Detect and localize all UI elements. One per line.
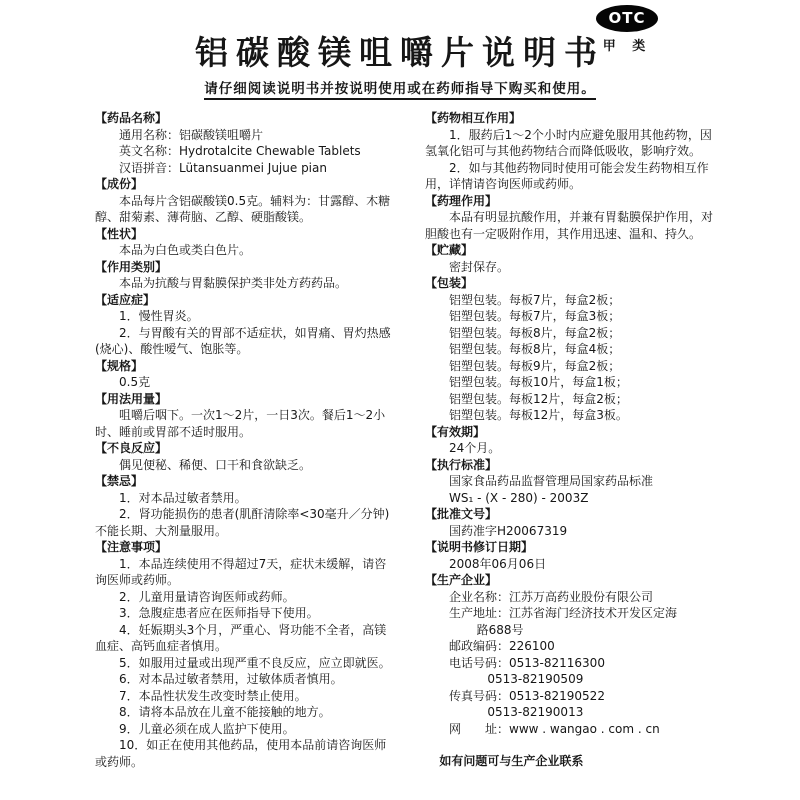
section-title: 【批准文号】 xyxy=(425,506,717,523)
section-paragraph: 10．如正在使用其他药品，使用本品前请咨询医师或药师。 xyxy=(95,737,397,770)
section-paragraph: 铝塑包装。每板10片，每盒1板； xyxy=(425,374,717,391)
section: 【规格】0.5克 xyxy=(95,358,397,391)
section-paragraph: 2．儿童用量请咨询医师或药师。 xyxy=(95,589,397,606)
section-paragraph: 传真号码：0513-82190522 xyxy=(425,688,717,705)
section: 【包装】铝塑包装。每板7片，每盒2板；铝塑包装。每板7片，每盒3板；铝塑包装。每… xyxy=(425,275,717,424)
section-paragraph: 企业名称：江苏万高药业股份有限公司 xyxy=(425,589,717,606)
section-title: 【药物相互作用】 xyxy=(425,110,717,127)
section-paragraph: 生产地址：江苏省海门经济技术开发区定海 xyxy=(425,605,717,622)
section-paragraph: 0513-82190013 xyxy=(487,704,717,721)
section-paragraph: 铝塑包装。每板12片，每盒3板。 xyxy=(425,407,717,424)
section-title: 【用法用量】 xyxy=(95,391,397,408)
section-title: 【禁忌】 xyxy=(95,473,397,490)
section: 【注意事项】1．本品连续使用不得超过7天，症状未缓解，请咨询医师或药师。2．儿童… xyxy=(95,539,397,770)
section-paragraph: 1．服药后1～2个小时内应避免服用其他药物，因氢氧化铝可与其他药物结合而降低吸收… xyxy=(425,127,717,160)
section-title: 【包装】 xyxy=(425,275,717,292)
section-paragraph: 偶见便秘、稀便、口干和食欲缺乏。 xyxy=(95,457,397,474)
section-paragraph: 1．慢性胃炎。 xyxy=(95,308,397,325)
section: 【批准文号】国药准字H20067319 xyxy=(425,506,717,539)
section-paragraph: 0.5克 xyxy=(95,374,397,391)
section-paragraph: 0513-82190509 xyxy=(487,671,717,688)
section-title: 【执行标准】 xyxy=(425,457,717,474)
section: 【适应症】1．慢性胃炎。2．与胃酸有关的胃部不适症状，如胃痛、胃灼热感(烧心)、… xyxy=(95,292,397,358)
section-title: 【说明书修订日期】 xyxy=(425,539,717,556)
otc-class-label: 甲 类 xyxy=(594,35,660,54)
otc-ellipse-icon: OTC xyxy=(596,5,658,32)
section-paragraph: 本品为抗酸与胃黏膜保护类非处方药药品。 xyxy=(95,275,397,292)
page-title: 铝碳酸镁咀嚼片说明书 xyxy=(0,36,800,70)
section: 【药理作用】本品有明显抗酸作用，并兼有胃黏膜保护作用，对胆酸也有一定吸附作用，其… xyxy=(425,193,717,243)
section-paragraph: 6．对本品过敏者禁用，过敏体质者慎用。 xyxy=(95,671,397,688)
section: 【贮藏】密封保存。 xyxy=(425,242,717,275)
section-paragraph: 铝塑包装。每板9片，每盒2板； xyxy=(425,358,717,375)
section-title: 【作用类别】 xyxy=(95,259,397,276)
section: 【说明书修订日期】2008年06月06日 xyxy=(425,539,717,572)
right-column-sections: 【药物相互作用】1．服药后1～2个小时内应避免服用其他药物，因氢氧化铝可与其他药… xyxy=(425,110,717,737)
section-paragraph: 本品每片含铝碳酸镁0.5克。辅料为：甘露醇、木糖醇、甜菊素、薄荷脑、乙醇、硬脂酸… xyxy=(95,193,397,226)
section-paragraph: 2008年06月06日 xyxy=(425,556,717,573)
section-paragraph: 铝塑包装。每板12片，每盒2板； xyxy=(425,391,717,408)
left-column: 【药品名称】通用名称：铝碳酸镁咀嚼片英文名称：Hydrotalcite Chew… xyxy=(95,110,397,770)
section-title: 【适应症】 xyxy=(95,292,397,309)
leaflet-page: OTC 甲 类 铝碳酸镁咀嚼片说明书 请仔细阅读说明书并按说明使用或在药师指导下… xyxy=(0,0,800,800)
section: 【有效期】24个月。 xyxy=(425,424,717,457)
section-paragraph: 1．本品连续使用不得超过7天，症状未缓解，请咨询医师或药师。 xyxy=(95,556,397,589)
section-paragraph: 铝塑包装。每板8片，每盒2板； xyxy=(425,325,717,342)
section-title: 【性状】 xyxy=(95,226,397,243)
section-title: 【药品名称】 xyxy=(95,110,397,127)
content-columns: 【药品名称】通用名称：铝碳酸镁咀嚼片英文名称：Hydrotalcite Chew… xyxy=(0,110,800,770)
section-paragraph: 路688号 xyxy=(477,622,717,639)
section-paragraph: 铝塑包装。每板8片，每盒4板； xyxy=(425,341,717,358)
section-paragraph: WS₁ - (X - 280) - 2003Z xyxy=(425,490,717,507)
section-paragraph: 5．如服用过量或出现严重不良反应，应立即就医。 xyxy=(95,655,397,672)
section: 【不良反应】偶见便秘、稀便、口干和食欲缺乏。 xyxy=(95,440,397,473)
section-paragraph: 7．本品性状发生改变时禁止使用。 xyxy=(95,688,397,705)
section-paragraph: 8．请将本品放在儿童不能接触的地方。 xyxy=(95,704,397,721)
section-paragraph: 本品为白色或类白色片。 xyxy=(95,242,397,259)
section-paragraph: 2．与胃酸有关的胃部不适症状，如胃痛、胃灼热感(烧心)、酸性嗳气、饱胀等。 xyxy=(95,325,397,358)
section-title: 【贮藏】 xyxy=(425,242,717,259)
section-paragraph: 邮政编码：226100 xyxy=(425,638,717,655)
section-paragraph: 3．急腹症患者应在医师指导下使用。 xyxy=(95,605,397,622)
otc-badge: OTC 甲 类 xyxy=(594,5,660,54)
section-title: 【成份】 xyxy=(95,176,397,193)
section-title: 【规格】 xyxy=(95,358,397,375)
section-paragraph: 电话号码：0513-82116300 xyxy=(425,655,717,672)
section: 【用法用量】咀嚼后咽下。一次1～2片，一日3次。餐后1～2小时、睡前或胃部不适时… xyxy=(95,391,397,441)
section-paragraph: 铝塑包装。每板7片，每盒2板； xyxy=(425,292,717,309)
section: 【作用类别】本品为抗酸与胃黏膜保护类非处方药药品。 xyxy=(95,259,397,292)
section-title: 【生产企业】 xyxy=(425,572,717,589)
section: 【执行标准】国家食品药品监督管理局国家药品标准WS₁ - (X - 280) -… xyxy=(425,457,717,507)
section: 【生产企业】企业名称：江苏万高药业股份有限公司生产地址：江苏省海门经济技术开发区… xyxy=(425,572,717,737)
section-paragraph: 本品有明显抗酸作用，并兼有胃黏膜保护作用，对胆酸也有一定吸附作用，其作用迅速、温… xyxy=(425,209,717,242)
section-paragraph: 4．妊娠期头3个月，严重心、肾功能不全者，高镁血症、高钙血症者慎用。 xyxy=(95,622,397,655)
section-paragraph: 国家食品药品监督管理局国家药品标准 xyxy=(425,473,717,490)
section-title: 【不良反应】 xyxy=(95,440,397,457)
footer-note: 如有问题可与生产企业联系 xyxy=(439,753,717,770)
section-paragraph: 网 址：www . wangao . com . cn xyxy=(425,721,717,738)
section: 【药品名称】通用名称：铝碳酸镁咀嚼片英文名称：Hydrotalcite Chew… xyxy=(95,110,397,176)
section-paragraph: 24个月。 xyxy=(425,440,717,457)
section-paragraph: 9．儿童必须在成人监护下使用。 xyxy=(95,721,397,738)
right-column: 【药物相互作用】1．服药后1～2个小时内应避免服用其他药物，因氢氧化铝可与其他药… xyxy=(425,110,717,770)
section-paragraph: 通用名称：铝碳酸镁咀嚼片 xyxy=(95,127,397,144)
section-title: 【有效期】 xyxy=(425,424,717,441)
section-paragraph: 2．肾功能损伤的患者(肌酐清除率<30毫升／分钟)不能长期、大剂量服用。 xyxy=(95,506,397,539)
section: 【药物相互作用】1．服药后1～2个小时内应避免服用其他药物，因氢氧化铝可与其他药… xyxy=(425,110,717,193)
page-subtitle: 请仔细阅读说明书并按说明使用或在药师指导下购买和使用。 xyxy=(204,77,596,100)
section-paragraph: 咀嚼后咽下。一次1～2片，一日3次。餐后1～2小时、睡前或胃部不适时服用。 xyxy=(95,407,397,440)
section: 【成份】本品每片含铝碳酸镁0.5克。辅料为：甘露醇、木糖醇、甜菊素、薄荷脑、乙醇… xyxy=(95,176,397,226)
section-paragraph: 密封保存。 xyxy=(425,259,717,276)
section-paragraph: 铝塑包装。每板7片，每盒3板； xyxy=(425,308,717,325)
section-paragraph: 国药准字H20067319 xyxy=(425,523,717,540)
section-title: 【注意事项】 xyxy=(95,539,397,556)
section-paragraph: 汉语拼音：Lütansuanmei Jujue pian xyxy=(95,160,397,177)
section: 【禁忌】1．对本品过敏者禁用。2．肾功能损伤的患者(肌酐清除率<30毫升／分钟)… xyxy=(95,473,397,539)
section-paragraph: 英文名称：Hydrotalcite Chewable Tablets xyxy=(95,143,397,160)
section-title: 【药理作用】 xyxy=(425,193,717,210)
leaflet-header: 铝碳酸镁咀嚼片说明书 请仔细阅读说明书并按说明使用或在药师指导下购买和使用。 xyxy=(0,0,800,100)
section-paragraph: 2．如与其他药物同时使用可能会发生药物相互作用，详情请咨询医师或药师。 xyxy=(425,160,717,193)
section-paragraph: 1．对本品过敏者禁用。 xyxy=(95,490,397,507)
section: 【性状】本品为白色或类白色片。 xyxy=(95,226,397,259)
